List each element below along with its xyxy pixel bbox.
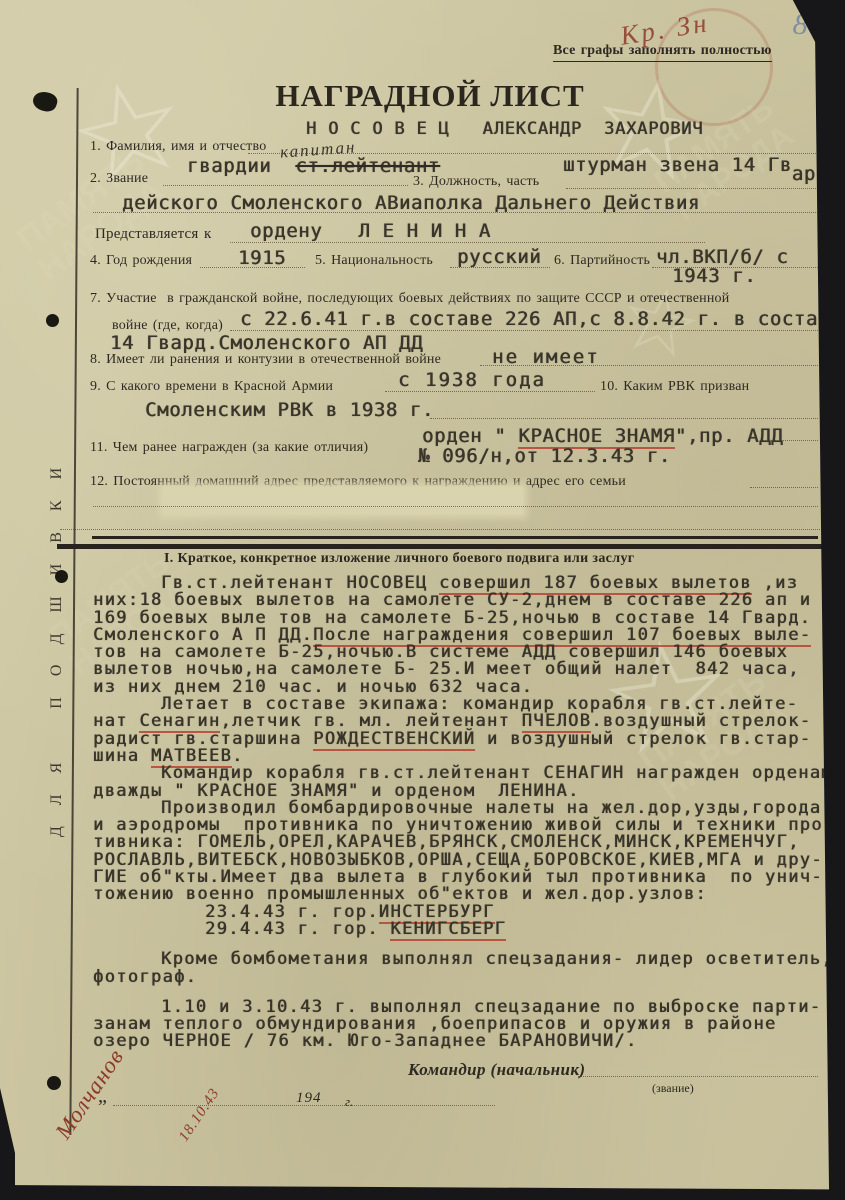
punch-hole [31,89,60,114]
position-value-line2: дейского Смоленского АВиаполка Дальнего … [122,192,700,214]
scan-edge-bottom [0,1178,845,1200]
dotted-line [566,188,818,189]
field11-label: 11. Чем ранее награжден (за какие отличи… [90,440,368,456]
dotted-line [230,330,838,331]
field1-label: 1. Фамилия, имя и отчество [90,139,266,155]
dotted-line [93,212,818,213]
separator-rule-thick [57,544,835,549]
document-paper: ПАМЯТЬНАРОДА ПАМЯТЬНАРОДА ПАМЯТЬНАРОДА П… [0,0,845,1200]
presented-for-value: ордену Л Е Н И Н А [250,220,491,242]
body-line: озеро ЧЕРНОЕ / 76 км. Юго-Западнее БАРАН… [93,1033,845,1050]
body-line: 29.4.43 г. гор. КЕНИГСБЕРГ [93,921,845,938]
dotted-line [652,267,818,268]
combat-merit-description: Гв.ст.лейтенант НОСОВЕЦ совершил 187 бое… [93,575,845,1051]
commander-label: Командир (начальник) [408,1060,585,1080]
rank-note-label: (звание) [652,1081,694,1096]
punch-hole [46,314,59,327]
position-value-subscript: ар [792,163,816,185]
army-since-value: с 1938 года [398,369,546,391]
field6-label: 6. Партийность [554,253,650,269]
war-service-value-line2: 14 Гвард.Смоленского АП ДД [110,332,423,354]
field10-label: 10. Каким РВК призван [600,379,749,395]
document-title: НАГРАДНОЙ ЛИСТ [265,78,595,114]
field3-label: 3. Должность, часть [413,174,539,190]
fill-all-fields-note: Все графы заполнять полностью [553,43,772,62]
dotted-line [385,391,595,392]
field7-label-line1: 7. Участие в гражданской войне, последую… [90,291,729,307]
dotted-line [163,185,408,186]
signature-line [578,1076,818,1077]
field9-label: 9. С какого времени в Красной Армии [90,379,333,395]
margin-rule [69,88,78,1135]
erased-area [163,487,523,514]
scanned-award-document: { "page": { "note_hand": "Кр. Зн", "page… [0,0,845,1200]
dotted-line [750,487,818,488]
dotted-line [760,440,818,441]
war-service-value-line1: с 22.6.41 г.в составе 226 АП,с 8.8.42 г.… [240,308,842,330]
handwritten-date: 18.10.43 [176,1085,224,1145]
position-value-line1: штурман звена 14 Гвар [563,154,816,176]
field5-label: 5. Национальность [315,253,433,269]
dotted-line [93,506,818,507]
scan-edge-bottom-left [0,1088,15,1200]
dotted-line [430,418,818,419]
dotted-line [200,267,305,268]
party-value-line2: 1943 г. [672,265,756,287]
handwritten-signature: Молчанов [50,1044,129,1144]
previous-awards-line1: орден " КРАСНОЕ ЗНАМЯ",пр. АДД [422,425,783,447]
binding-margin-label: ДЛЯ ПОДШИВКИ [48,447,66,837]
dotted-line [230,242,705,243]
section1-heading: I. Краткое, конкретное изложение личного… [164,551,635,567]
rank-value: гвардии ст.лейтенант [187,155,440,177]
dotted-line [450,267,550,268]
field4-label: 4. Год рождения [90,253,192,269]
field2-label: 2. Звание [90,171,148,187]
separator-rule-thin [92,536,818,539]
name-value: Н О С О В Е Ц АЛЕКСАНДР ЗАХАРОВИЧ [306,119,703,139]
nationality-value: русский [457,246,541,268]
year-suffix: г. [345,1094,353,1110]
previous-awards-line2: № 096/н,от 12.3.43 г. [418,445,671,467]
punch-hole [55,570,68,583]
red-underlined-text: КЕНИГСБЕРГ [390,919,506,941]
dotted-line [480,365,818,366]
red-underlined-text: РОЖДЕСТВЕНСКИЙ [313,729,475,751]
year-prefix: 194 [296,1090,322,1107]
body-line: Кроме бомбометания выполнял спецзадания-… [93,951,845,968]
body-line: фотограф. [93,969,845,986]
dotted-line [60,529,836,530]
presented-for-label: Представляется к [95,226,211,243]
punch-hole [47,1076,61,1090]
field8-label: 8. Имеет ли ранения и контузии в отечест… [90,352,441,368]
drafted-by-value: Смоленским РВК в 1938 г. [145,399,434,421]
rank-prefix: гвардии [187,155,295,177]
birth-year-value: 1915 [238,247,286,269]
